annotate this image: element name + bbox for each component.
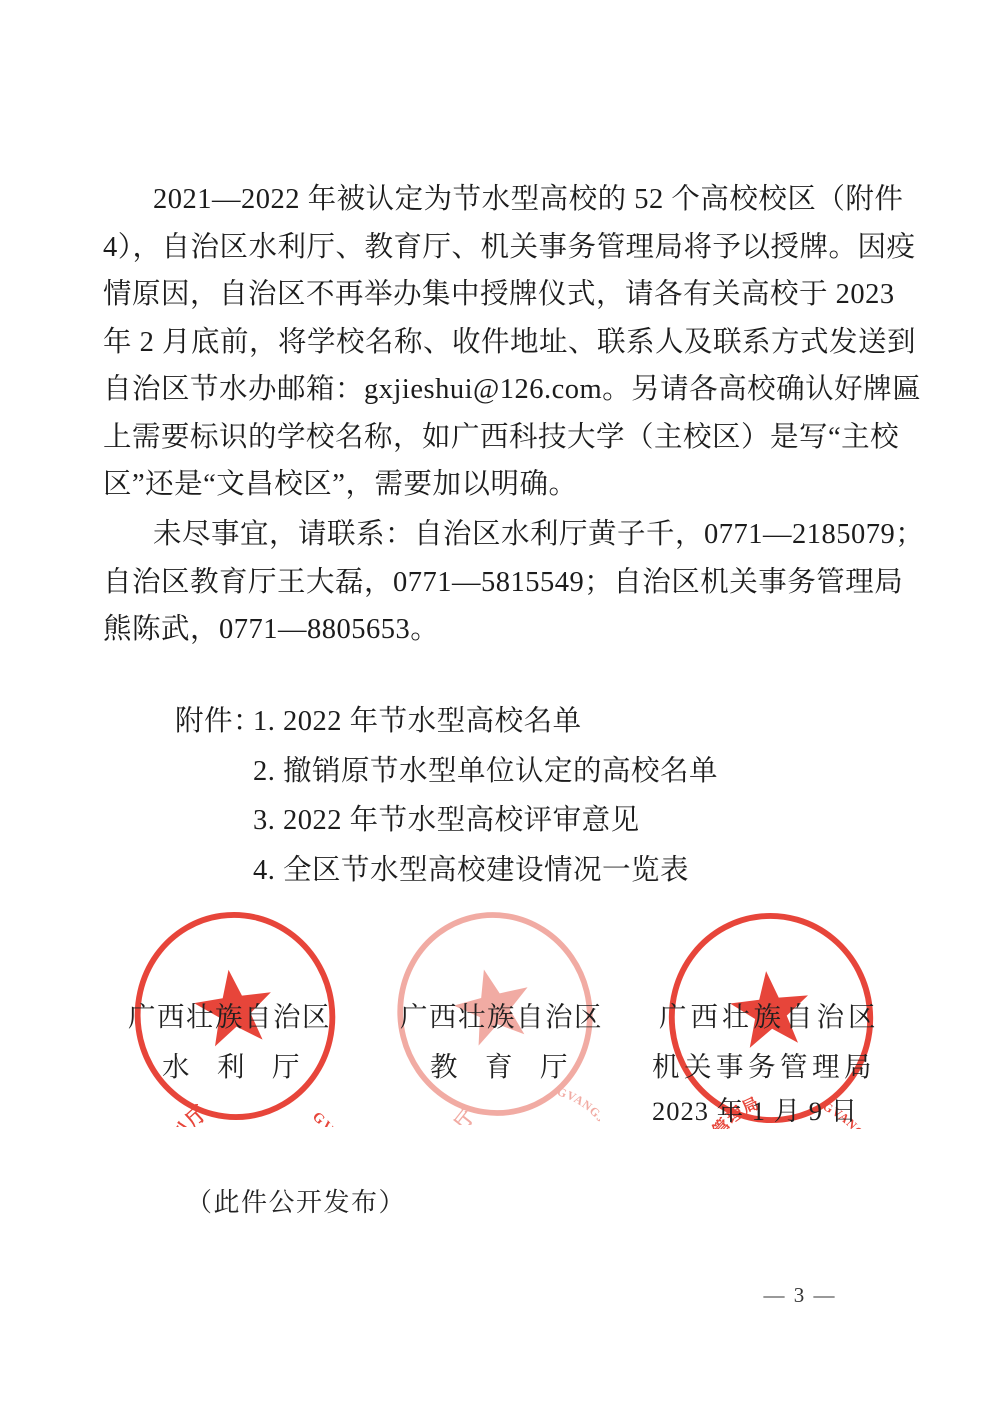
text-line: 年 2 月底前，将学校名称、收件地址、联系人及联系方式发送到: [103, 319, 888, 367]
text-line: 自治区教育厅王大磊，0771—5815549；自治区机关事务管理局: [103, 559, 888, 607]
document-page: 2021—2022 年被认定为节水型高校的 52 个高校校区（附件 4），自治区…: [0, 0, 1000, 1414]
signer-dept-education: 教 育 厅: [430, 1044, 568, 1084]
text-line: 区”还是“文昌校区”，需要加以明确。: [103, 461, 888, 509]
attachment-list: 附件：1. 2022 年节水型高校名单 2. 撤销原节水型单位认定的高校名单 3…: [175, 697, 888, 895]
seal-chinese-ring-text: 广西壮族自治区水利厅: [143, 1096, 258, 1127]
text-line: 自治区节水办邮箱：gxjieshui@126.com。另请各高校确认好牌匾: [103, 366, 888, 414]
attachment-item: 2. 撤销原节水型单位认定的高校名单: [175, 747, 888, 797]
text-line: 2021—2022 年被认定为节水型高校的 52 个高校校区（附件: [103, 176, 888, 224]
text-line: 未尽事宜，请联系：自治区水利厅黄子千，0771—2185079；: [103, 511, 888, 559]
text-line: 熊陈武，0771—8805653。: [103, 606, 888, 654]
signer-region-name: 广西壮族自治区: [400, 994, 603, 1034]
text-line: 情原因，自治区不再举办集中授牌仪式，请各有关高校于 2023: [103, 271, 888, 319]
signer-dept-water-resources: 水 利 厅: [162, 1044, 300, 1084]
text-line: 4），自治区水利厅、教育厅、机关事务管理局将予以授牌。因疫: [103, 224, 888, 272]
attachment-item: 3. 2022 年节水型高校评审意见: [175, 796, 888, 846]
signer-dept-gov-affairs: 机关事务管理局: [652, 1044, 876, 1084]
signer-region-name: 广西壮族自治区: [659, 994, 880, 1034]
attachment-item: 4. 全区节水型高校建设情况一览表: [175, 846, 888, 896]
body-paragraph-1: 2021—2022 年被认定为节水型高校的 52 个高校校区（附件 4），自治区…: [103, 176, 888, 509]
text-line: 上需要标识的学校名称，如广西科技大学（主校区）是写“主校: [103, 414, 888, 462]
attachment-label: 附件：: [175, 697, 253, 747]
signer-region-name: 广西壮族自治区: [128, 994, 331, 1034]
document-date: 2023 年 1 月 9 日: [652, 1089, 858, 1128]
public-release-note: （此件公开发布）: [186, 1182, 406, 1219]
attachment-item: 附件：1. 2022 年节水型高校名单: [175, 697, 888, 747]
attachment-item-text: 1. 2022 年节水型高校名单: [253, 706, 582, 737]
body-paragraph-2: 未尽事宜，请联系：自治区水利厅黄子千，0771—2185079； 自治区教育厅王…: [103, 511, 888, 654]
page-number: — 3 —: [750, 1283, 850, 1308]
